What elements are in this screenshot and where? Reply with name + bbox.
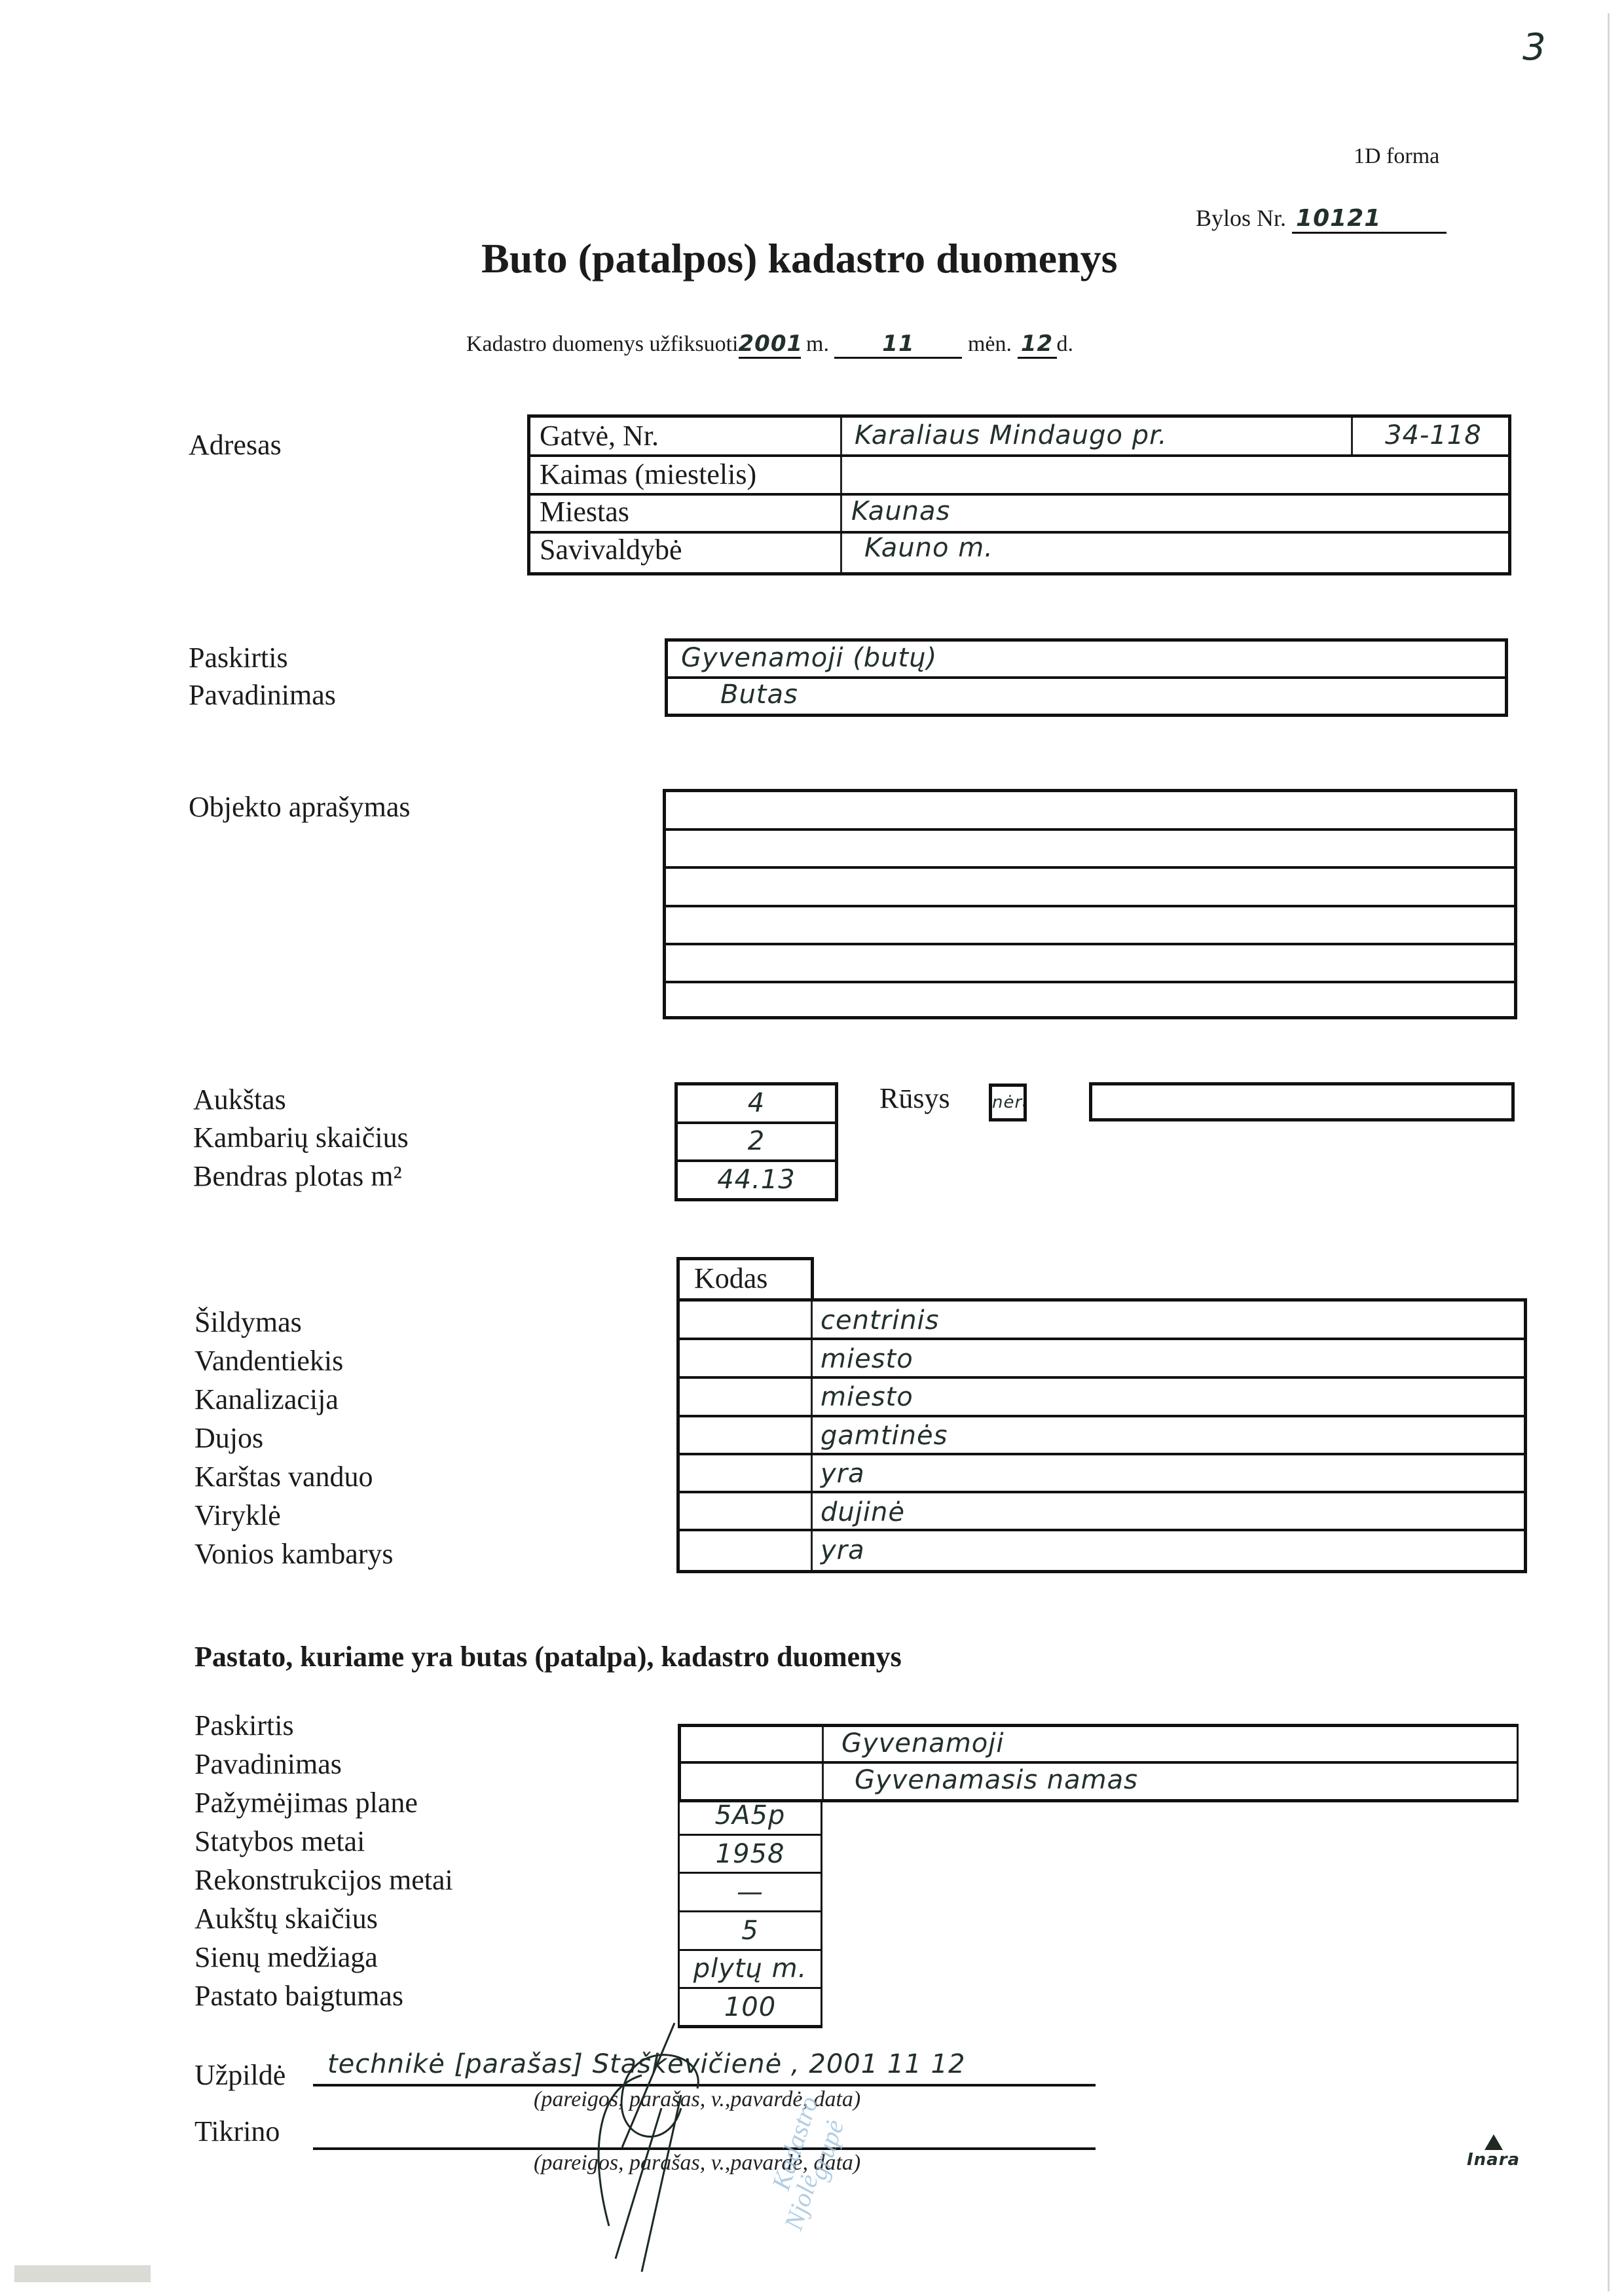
row-line [680, 1834, 821, 1836]
basement-value-box[interactable]: nėra [989, 1084, 1027, 1121]
building-value[interactable]: 5 [680, 1916, 821, 1946]
basement-label: Rūsys [879, 1079, 950, 1118]
utility-value[interactable]: miesto [821, 1344, 913, 1374]
address-city-label: Miestas [540, 495, 629, 528]
utility-label: Viryklė [194, 1496, 281, 1535]
recorded-date: Kadastro duomenys užfiksuoti2001 m. 11 m… [466, 331, 1073, 359]
row-line [666, 943, 1514, 945]
row-line [666, 866, 1514, 869]
form-code: 1D forma [1354, 144, 1439, 169]
building-label: Pavadinimas [194, 1745, 342, 1784]
description-table[interactable] [663, 789, 1517, 1019]
building-value[interactable]: — [680, 1877, 821, 1907]
area-value[interactable]: 44.13 [678, 1165, 835, 1195]
row-line [668, 676, 1505, 679]
utilities-table: centrinismiestomiestogamtinėsyradujinėyr… [676, 1298, 1527, 1573]
building-label: Pažymėjimas plane [194, 1783, 418, 1823]
rooms-label: Kambarių skaičius [193, 1118, 409, 1157]
address-municipality-label: Savivaldybė [540, 533, 682, 566]
name-label: Pavadinimas [189, 676, 336, 715]
recorded-month-unit: mėn. [968, 332, 1012, 356]
row-line [681, 1761, 1517, 1764]
checked-by-label: Tikrino [194, 2112, 280, 2151]
address-number-divider [1351, 418, 1353, 456]
rooms-value[interactable]: 2 [678, 1126, 835, 1156]
signature-scribble-icon [511, 2010, 786, 2285]
area-label: Bendras plotas m² [193, 1157, 402, 1196]
utility-label: Vandentiekis [194, 1341, 343, 1381]
utility-label: Dujos [194, 1419, 263, 1458]
row-line [680, 1453, 1524, 1455]
address-number-value[interactable]: 34-118 [1385, 420, 1482, 450]
row-line [530, 493, 1508, 496]
code-header: Kodas [694, 1262, 767, 1295]
recorded-year: 2001 [739, 331, 801, 359]
floor-value[interactable]: 4 [678, 1088, 835, 1118]
address-municipality-value[interactable]: Kauno m. [864, 533, 993, 563]
utility-label: Vonios kambarys [194, 1535, 394, 1574]
recorded-day-unit: d. [1057, 332, 1074, 356]
row-line [666, 981, 1514, 983]
recorded-month: 11 [834, 331, 962, 359]
utility-label: Kanalizacija [194, 1380, 339, 1419]
building-label: Pastato baigtumas [194, 1977, 403, 2016]
building-label: Paskirtis [194, 1706, 294, 1745]
recorded-prefix: Kadastro duomenys užfiksuoti [466, 332, 739, 356]
row-line [680, 1987, 821, 1989]
row-line [680, 1491, 1524, 1493]
floor-label: Aukštas [193, 1080, 286, 1120]
address-table: Gatvė, Nr. Karaliaus Mindaugo pr. 34-118… [527, 414, 1511, 575]
purpose-table: Gyvenamoji (butų) Butas [665, 638, 1508, 717]
apartment-table: 4 2 44.13 [674, 1082, 838, 1201]
row-line [666, 905, 1514, 907]
row-line [680, 1338, 1524, 1340]
utility-value[interactable]: yra [821, 1459, 865, 1489]
file-number: Bylos Nr. 10121 [1196, 204, 1447, 234]
recorded-year-unit: m. [806, 332, 829, 356]
row-line [678, 1121, 835, 1124]
row-line [680, 1949, 821, 1951]
utility-value[interactable]: dujinė [821, 1497, 905, 1527]
utility-value[interactable]: yra [821, 1535, 865, 1565]
sphinx-icon [1485, 2134, 1503, 2150]
row-line [530, 454, 1508, 457]
building-label: Sienų medžiaga [194, 1938, 378, 1977]
code-header-box: Kodas [676, 1257, 814, 1298]
building-purpose-value[interactable]: Gyvenamoji [841, 1728, 1004, 1758]
row-line [678, 1159, 835, 1162]
basement-value: nėra [992, 1087, 1024, 1118]
purpose-value[interactable]: Gyvenamoji (butų) [681, 643, 937, 673]
file-number-label: Bylos Nr. [1196, 205, 1286, 231]
utility-label: Šildymas [194, 1303, 302, 1342]
row-line [680, 1376, 1524, 1379]
address-city-value[interactable]: Kaunas [851, 496, 950, 526]
address-section-label: Adresas [189, 426, 282, 465]
building-label: Aukštų skaičius [194, 1899, 378, 1939]
row-line [680, 1910, 821, 1912]
row-line [680, 1872, 821, 1874]
utility-value[interactable]: gamtinės [821, 1421, 948, 1451]
purpose-label: Paskirtis [189, 638, 288, 678]
utility-value[interactable]: centrinis [821, 1305, 940, 1336]
address-street-value[interactable]: Karaliaus Mindaugo pr. [855, 420, 1168, 450]
building-data-table: 5A5p1958—5plytų m.100 [678, 1799, 822, 2028]
row-line [680, 1529, 1524, 1531]
building-value[interactable]: plytų m. [680, 1954, 821, 1984]
filled-by-label: Užpildė [194, 2056, 286, 2095]
utility-label: Karštas vanduo [194, 1457, 373, 1497]
page-number: 3 [1522, 26, 1547, 69]
recorded-day: 12 [1018, 331, 1057, 359]
row-line [680, 1415, 1524, 1417]
name-value[interactable]: Butas [720, 680, 798, 710]
scan-artifact [14, 2265, 151, 2282]
building-name-value[interactable]: Gyvenamasis namas [855, 1765, 1138, 1795]
publisher-name: Inara [1467, 2150, 1520, 2170]
basement-extra-box[interactable] [1089, 1082, 1515, 1121]
building-heading: Pastato, kuriame yra butas (patalpa), ka… [194, 1640, 902, 1673]
building-value[interactable]: 1958 [680, 1839, 821, 1869]
building-label: Statybos metai [194, 1822, 365, 1861]
publisher-logo: Inara [1467, 2134, 1520, 2170]
file-number-value: 10121 [1292, 205, 1447, 234]
building-value[interactable]: 5A5p [680, 1800, 821, 1831]
address-village-label: Kaimas (miestelis) [540, 458, 756, 491]
address-street-label: Gatvė, Nr. [540, 419, 659, 452]
description-label: Objekto aprašymas [189, 788, 410, 827]
building-purpose-table: Gyvenamoji Gyvenamasis namas [678, 1724, 1519, 1802]
utility-value[interactable]: miesto [821, 1382, 913, 1412]
scan-edge [1608, 13, 1610, 2291]
row-line [666, 828, 1514, 831]
page-title: Buto (patalpos) kadastro duomenys [481, 234, 1117, 283]
building-label: Rekonstrukcijos metai [194, 1861, 453, 1900]
